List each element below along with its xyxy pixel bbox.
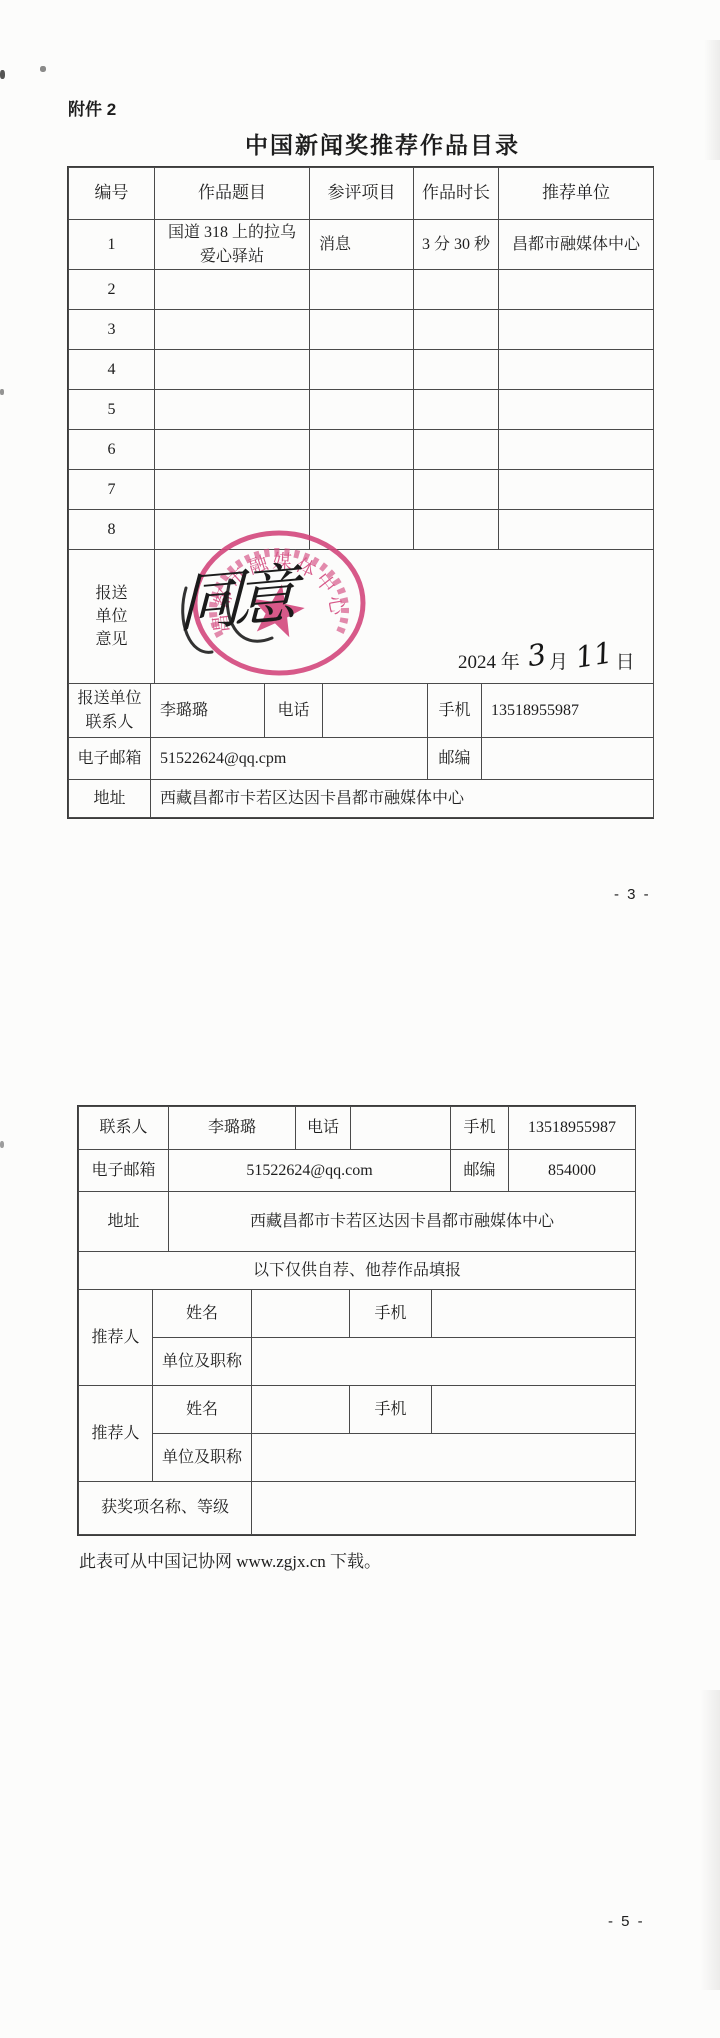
empty-cell	[155, 510, 310, 550]
row-no: 5	[69, 390, 155, 430]
page-number-3: - 3 -	[614, 886, 651, 903]
name-value	[252, 1386, 350, 1434]
address-section: 地址 西藏昌都市卡若区达因卡昌都市融媒体中心	[68, 779, 654, 818]
empty-cell	[499, 350, 654, 390]
contact-name: 李璐璐	[151, 684, 265, 738]
opinion-label: 报送单位意见	[69, 550, 155, 684]
unit-label: 单位及职称	[153, 1434, 252, 1482]
unit-label: 单位及职称	[153, 1338, 252, 1386]
empty-cell	[155, 470, 310, 510]
empty-cell	[155, 430, 310, 470]
email-label: 电子邮箱	[79, 1150, 169, 1192]
address-label: 地址	[79, 1192, 169, 1252]
recommender-label: 推荐人	[79, 1386, 153, 1482]
banner-row: 以下仅供自荐、他荐作品填报	[79, 1252, 636, 1290]
scanned-form-page: 附件 2 中国新闻奖推荐作品目录 编号 作品题目 参评项目 作品时长 推荐单位 …	[0, 0, 720, 2038]
catalog-grid: 编号 作品题目 参评项目 作品时长 推荐单位 1 国道 318 上的拉乌爱心驿站…	[68, 167, 654, 550]
empty-cell	[414, 430, 499, 470]
table-row: 1 国道 318 上的拉乌爱心驿站 消息 3 分 30 秒 昌都市融媒体中心	[69, 220, 654, 270]
table-row: 3	[69, 310, 654, 350]
scan-speck	[40, 66, 46, 72]
date-day-unit: 日	[616, 652, 635, 673]
empty-cell	[499, 310, 654, 350]
empty-cell	[499, 390, 654, 430]
attachment-label: 附件 2	[68, 95, 116, 120]
table-row: 7	[69, 470, 654, 510]
empty-cell	[499, 470, 654, 510]
scan-edge-shadow	[704, 40, 720, 160]
award-section: 获奖项名称、等级	[78, 1481, 636, 1535]
recommender-label: 推荐人	[79, 1290, 153, 1386]
scan-speck	[0, 389, 4, 395]
scan-speck	[0, 70, 5, 79]
contact-section: 报送单位联系人 李璐璐 电话 手机 13518955987	[68, 683, 654, 738]
empty-cell	[310, 430, 414, 470]
opinion-date: 2024 年 3月 11日	[458, 641, 635, 675]
empty-cell	[499, 270, 654, 310]
email-row: 电子邮箱 51522624@qq.cpm 邮编	[69, 738, 654, 780]
empty-cell	[155, 270, 310, 310]
row-no: 4	[69, 350, 155, 390]
empty-cell	[310, 470, 414, 510]
download-note: 此表可从中国记协网 www.zgjx.cn 下载。	[79, 1547, 381, 1572]
entry-title: 国道 318 上的拉乌爱心驿站	[155, 220, 310, 270]
contact-label: 报送单位联系人	[69, 684, 151, 738]
name-label: 姓名	[153, 1290, 252, 1338]
address-value: 西藏昌都市卡若区达因卡昌都市融媒体中心	[169, 1192, 636, 1252]
empty-cell	[414, 270, 499, 310]
col-header-duration: 作品时长	[414, 168, 499, 220]
award-label: 获奖项名称、等级	[79, 1482, 252, 1535]
email-value: 51522624@qq.com	[169, 1150, 451, 1192]
phone-value	[351, 1107, 451, 1150]
recommendation-table: 联系人 李璐璐 电话 手机 13518955987 电子邮箱 51522624@…	[77, 1105, 636, 1536]
empty-cell	[310, 510, 414, 550]
entry-unit: 昌都市融媒体中心	[499, 220, 654, 270]
empty-cell	[155, 350, 310, 390]
award-value	[252, 1482, 636, 1535]
row-no: 2	[69, 270, 155, 310]
email-value: 51522624@qq.cpm	[151, 738, 428, 780]
phone-value	[323, 684, 428, 738]
date-year: 2024 年	[458, 652, 520, 673]
table-row: 2	[69, 270, 654, 310]
address-row: 地址 西藏昌都市卡若区达因卡昌都市融媒体中心	[69, 780, 654, 818]
date-day-handwritten: 11	[573, 635, 615, 674]
table-row: 8	[69, 510, 654, 550]
postcode-value: 854000	[509, 1150, 636, 1192]
contact-row: 报送单位联系人 李璐璐 电话 手机 13518955987	[69, 684, 654, 738]
entry-category: 消息	[310, 220, 414, 270]
empty-cell	[414, 510, 499, 550]
phone-label: 电话	[296, 1107, 351, 1150]
row-no: 7	[69, 470, 155, 510]
table-row: 5	[69, 390, 654, 430]
recommender-name-row: 推荐人 姓名 手机	[79, 1386, 636, 1434]
address-label: 地址	[69, 780, 151, 818]
catalog-table: 编号 作品题目 参评项目 作品时长 推荐单位 1 国道 318 上的拉乌爱心驿站…	[67, 166, 654, 819]
name-label: 姓名	[153, 1386, 252, 1434]
col-header-category: 参评项目	[310, 168, 414, 220]
mobile-value: 13518955987	[509, 1107, 636, 1150]
address-row: 地址 西藏昌都市卡若区达因卡昌都市融媒体中心	[79, 1192, 636, 1252]
empty-cell	[499, 430, 654, 470]
postcode-value	[482, 738, 654, 780]
unit-value	[252, 1338, 636, 1386]
empty-cell	[499, 510, 654, 550]
table-row: 6	[69, 430, 654, 470]
table-row: 4	[69, 350, 654, 390]
mobile-value	[432, 1386, 636, 1434]
postcode-label: 邮编	[451, 1150, 509, 1192]
email-section: 电子邮箱 51522624@qq.cpm 邮编	[68, 737, 654, 780]
table-header-row: 编号 作品题目 参评项目 作品时长 推荐单位	[69, 168, 654, 220]
mobile-label: 手机	[428, 684, 482, 738]
scan-speck	[0, 1141, 4, 1148]
date-month-unit: 月	[549, 652, 568, 673]
empty-cell	[310, 390, 414, 430]
empty-cell	[310, 270, 414, 310]
unit-value	[252, 1434, 636, 1482]
mobile-label: 手机	[350, 1290, 432, 1338]
mobile-value	[432, 1290, 636, 1338]
empty-cell	[310, 310, 414, 350]
empty-cell	[414, 390, 499, 430]
page-title: 中国新闻奖推荐作品目录	[90, 127, 675, 160]
col-header-no: 编号	[69, 168, 155, 220]
postcode-label: 邮编	[428, 738, 482, 780]
recommender-unit-row: 单位及职称	[79, 1434, 636, 1482]
row-no: 3	[69, 310, 155, 350]
contact-name: 李璐璐	[169, 1107, 296, 1150]
empty-cell	[414, 470, 499, 510]
address-value: 西藏昌都市卡若区达因卡昌都市融媒体中心	[151, 780, 654, 818]
empty-cell	[155, 390, 310, 430]
recommender-1-section: 推荐人 姓名 手机 单位及职称	[78, 1289, 636, 1386]
page-number-5: - 5 -	[608, 1913, 645, 1930]
recommender-unit-row: 单位及职称	[79, 1338, 636, 1386]
empty-cell	[155, 310, 310, 350]
col-header-unit: 推荐单位	[499, 168, 654, 220]
empty-cell	[414, 310, 499, 350]
mobile-value: 13518955987	[482, 684, 654, 738]
contact-label: 联系人	[79, 1107, 169, 1150]
empty-cell	[310, 350, 414, 390]
recommender-2-section: 推荐人 姓名 手机 单位及职称	[78, 1385, 636, 1482]
name-value	[252, 1290, 350, 1338]
col-header-title: 作品题目	[155, 168, 310, 220]
phone-label: 电话	[265, 684, 323, 738]
row-no: 6	[69, 430, 155, 470]
banner-section: 以下仅供自荐、他荐作品填报	[78, 1251, 636, 1290]
address-section-2: 地址 西藏昌都市卡若区达因卡昌都市融媒体中心	[78, 1191, 636, 1252]
scan-edge-shadow	[700, 1690, 720, 1990]
date-month-handwritten: 3	[525, 637, 549, 673]
contact-row: 联系人 李璐璐 电话 手机 13518955987	[79, 1107, 636, 1150]
empty-cell	[414, 350, 499, 390]
email-row: 电子邮箱 51522624@qq.com 邮编 854000	[79, 1150, 636, 1192]
entry-duration: 3 分 30 秒	[414, 220, 499, 270]
award-row: 获奖项名称、等级	[79, 1482, 636, 1535]
email-label: 电子邮箱	[69, 738, 151, 780]
email-section-2: 电子邮箱 51522624@qq.com 邮编 854000	[78, 1149, 636, 1192]
mobile-label: 手机	[451, 1107, 509, 1150]
banner-text: 以下仅供自荐、他荐作品填报	[79, 1252, 636, 1290]
contact-section-2: 联系人 李璐璐 电话 手机 13518955987	[78, 1106, 636, 1150]
row-no: 8	[69, 510, 155, 550]
mobile-label: 手机	[350, 1386, 432, 1434]
entry-no: 1	[69, 220, 155, 270]
recommender-name-row: 推荐人 姓名 手机	[79, 1290, 636, 1338]
